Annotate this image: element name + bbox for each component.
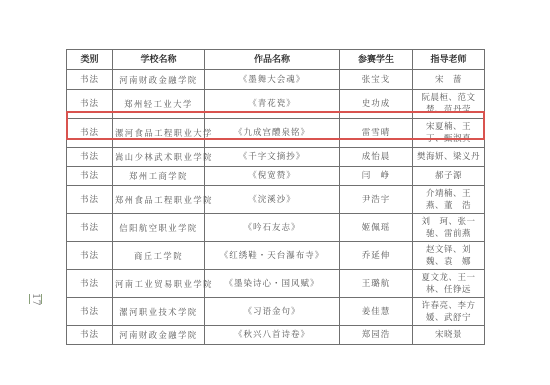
table-row: 书法郑州轻工业大学《青花瓷》史功成阮晨桓、范文楚、范丹莹: [67, 90, 485, 119]
cell-teacher: 介靖楠、王 燕、董 浩: [413, 186, 485, 214]
cell-work: 《倪宽赞》: [205, 167, 340, 186]
cell-teacher: 宋夏楠、王 丁、甄淑真: [413, 119, 485, 148]
table-row: 书法商丘工学院《红绣鞋・天台瀑布寺》乔延伸赵文铎、刘 魏、袁 娜: [67, 242, 485, 270]
cell-category: 书法: [67, 214, 113, 242]
cell-work: 《青花瓷》: [205, 90, 340, 119]
cell-student: 史功成: [340, 90, 413, 119]
table-row: 书法河南财政金融学院《墨舞大会魂》张宝戈宋 蔷: [67, 70, 485, 90]
cell-school: 郑州食品工程职业学院: [113, 186, 205, 214]
cell-student: 乔延伸: [340, 242, 413, 270]
cell-category: 书法: [67, 270, 113, 298]
cell-category: 书法: [67, 119, 113, 148]
cell-school: 河南工业贸易职业学院: [113, 270, 205, 298]
cell-work: 《九成宫醴泉铭》: [205, 119, 340, 148]
cell-teacher: 许春亮、李方媛、武舒宁: [413, 298, 485, 326]
table-body: 书法河南财政金融学院《墨舞大会魂》张宝戈宋 蔷书法郑州轻工业大学《青花瓷》史功成…: [67, 70, 485, 345]
table-row-highlighted: 书法漯河食品工程职业大学《九成宫醴泉铭》雷雪晴宋夏楠、王 丁、甄淑真: [67, 119, 485, 148]
cell-student: 姬佩瑶: [340, 214, 413, 242]
cell-student: 成怡晨: [340, 148, 413, 167]
table-row: 书法郑州工商学院《倪宽赞》闫 峥郝子源: [67, 167, 485, 186]
cell-teacher: 宋 蔷: [413, 70, 485, 90]
cell-school: 漯河职业技术学院: [113, 298, 205, 326]
cell-work: 《秋兴八首诗卷》: [205, 326, 340, 345]
table-row: 书法河南工业贸易职业学院《墨染诗心・国风赋》王璐航夏文龙、王一林、任铮远: [67, 270, 485, 298]
cell-school: 漯河食品工程职业大学: [113, 119, 205, 148]
cell-student: 王璐航: [340, 270, 413, 298]
cell-school: 河南财政金融学院: [113, 326, 205, 345]
cell-student: 郑园浩: [340, 326, 413, 345]
cell-school: 河南财政金融学院: [113, 70, 205, 90]
divider: [41, 294, 42, 304]
table-row: 书法嵩山少林武术职业学院《千字文摘抄》成怡晨樊海妍、梁义丹: [67, 148, 485, 167]
cell-school: 信阳航空职业学院: [113, 214, 205, 242]
cell-student: 尹浩宇: [340, 186, 413, 214]
page-number: 17: [28, 292, 42, 306]
award-table: 类别 学校名称 作品名称 参赛学生 指导老师 书法河南财政金融学院《墨舞大会魂》…: [66, 49, 485, 345]
header-category: 类别: [67, 50, 113, 70]
cell-category: 书法: [67, 186, 113, 214]
cell-school: 商丘工学院: [113, 242, 205, 270]
cell-category: 书法: [67, 326, 113, 345]
cell-student: 闫 峥: [340, 167, 413, 186]
cell-teacher: 赵文铎、刘 魏、袁 娜: [413, 242, 485, 270]
cell-teacher: 阮晨桓、范文楚、范丹莹: [413, 90, 485, 119]
header-teacher: 指导老师: [413, 50, 485, 70]
cell-teacher: 郝子源: [413, 167, 485, 186]
cell-work: 《习语金句》: [205, 298, 340, 326]
cell-work: 《吟石友志》: [205, 214, 340, 242]
cell-category: 书法: [67, 167, 113, 186]
cell-work: 《千字文摘抄》: [205, 148, 340, 167]
cell-category: 书法: [67, 242, 113, 270]
table-row: 书法郑州食品工程职业学院《浣溪沙》尹浩宇介靖楠、王 燕、董 浩: [67, 186, 485, 214]
cell-work: 《浣溪沙》: [205, 186, 340, 214]
cell-student: 雷雪晴: [340, 119, 413, 148]
cell-teacher: 刘 珂、张一驰、雷前燕: [413, 214, 485, 242]
cell-work: 《墨舞大会魂》: [205, 70, 340, 90]
cell-student: 张宝戈: [340, 70, 413, 90]
cell-teacher: 宋晓景: [413, 326, 485, 345]
cell-school: 嵩山少林武术职业学院: [113, 148, 205, 167]
header-work: 作品名称: [205, 50, 340, 70]
table-row: 书法河南财政金融学院《秋兴八首诗卷》郑园浩宋晓景: [67, 326, 485, 345]
cell-student: 姜佳慧: [340, 298, 413, 326]
cell-work: 《墨染诗心・国风赋》: [205, 270, 340, 298]
cell-school: 郑州轻工业大学: [113, 90, 205, 119]
cell-teacher: 樊海妍、梁义丹: [413, 148, 485, 167]
page-number-text: 17: [30, 293, 41, 306]
table-row: 书法信阳航空职业学院《吟石友志》姬佩瑶刘 珂、张一驰、雷前燕: [67, 214, 485, 242]
header-student: 参赛学生: [340, 50, 413, 70]
header-school: 学校名称: [113, 50, 205, 70]
cell-teacher: 夏文龙、王一林、任铮远: [413, 270, 485, 298]
cell-school: 郑州工商学院: [113, 167, 205, 186]
cell-category: 书法: [67, 148, 113, 167]
table-row: 书法漯河职业技术学院《习语金句》姜佳慧许春亮、李方媛、武舒宁: [67, 298, 485, 326]
cell-category: 书法: [67, 298, 113, 326]
cell-category: 书法: [67, 70, 113, 90]
cell-category: 书法: [67, 90, 113, 119]
table-header-row: 类别 学校名称 作品名称 参赛学生 指导老师: [67, 50, 485, 70]
cell-work: 《红绣鞋・天台瀑布寺》: [205, 242, 340, 270]
